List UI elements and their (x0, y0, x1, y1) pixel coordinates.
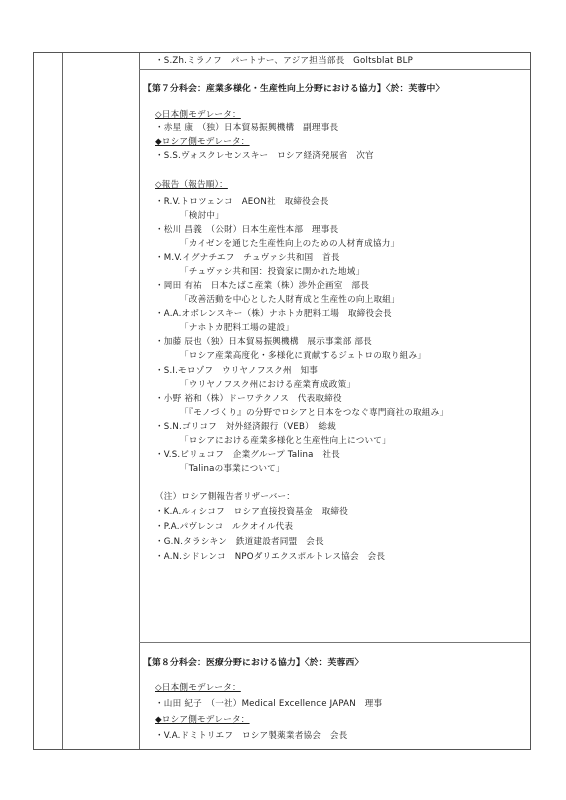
row-divider-prev (139, 69, 530, 70)
report-title: 「検討中」 (180, 211, 224, 222)
report-speaker: ・岡田 有祐 日本たばこ産業（株）渉外企画室 部長 (155, 281, 369, 292)
report-title: 「チュヴァシ共和国：投資家に開かれた地域」 (180, 267, 364, 278)
column-divider-2 (139, 53, 140, 749)
session7-heading: 【第７分科会：産業多様化・生産性向上分野における協力】〈於：芙蓉中〉 (143, 84, 445, 95)
row-divider-session8 (139, 642, 530, 643)
report-speaker: ・松川 昌義 （公財）日本生産性本部 理事長 (155, 225, 338, 236)
report-title: 「ウリヤノフスク州における産業育成政策」 (180, 380, 355, 391)
report-title: 「ロシアにおける産業多様化と生産性向上について」 (180, 436, 391, 447)
column-divider-1 (62, 53, 63, 749)
report-title: 「ロシア産業高度化・多様化に貢献するジェトロの取り組み」 (180, 351, 426, 362)
schedule-table: ・S.Zh.ミラノフ パートナー、アジア担当部長 Goltsblat BLP 【… (33, 52, 531, 750)
session8-jp-moderator: ・山田 紀子 （一社）Medical Excellence JAPAN 理事 (155, 699, 382, 710)
session7-jp-moderator-label: ◇日本側モデレータ： (155, 110, 241, 121)
session8-ru-moderator: ・V.A.ドミトリエフ ロシア製薬業者協会 会長 (155, 731, 347, 742)
report-speaker: ・加藤 辰也（独）日本貿易振興機構 展示事業部 部長 (155, 337, 372, 348)
report-speaker: ・A.A.オボレンスキー（株）ナホトカ肥料工場 取締役会長 (155, 309, 392, 320)
reserve-item: ・P.A.パヴレンコ ルクオイル代表 (155, 522, 293, 533)
session7-ru-moderator: ・S.S.ヴォスクレセンスキー ロシア経済発展省 次官 (155, 151, 374, 162)
reserve-label: （注）ロシア側報告者リザーバー： (155, 492, 295, 503)
session8-ru-moderator-label: ◆ロシア側モデレータ： (155, 715, 250, 726)
reserve-item: ・K.A.ルィシコフ ロシア直接投資基金 取締役 (155, 507, 348, 518)
report-speaker: ・V.S.ビリュコフ 企業グループ Talina 社長 (155, 450, 340, 461)
session8-heading: 【第８分科会：医療分野における協力】〈於：芙蓉西〉 (143, 658, 364, 669)
report-title: 「改善活動を中心とした人財育成と生産性の向上取組」 (180, 295, 400, 306)
session8-jp-moderator-label: ◇日本側モデレータ： (155, 683, 241, 694)
report-speaker: ・S.I.モロゾフ ウリヤノフスク州 知事 (155, 366, 318, 377)
report-title: 「カイゼンを通じた生産性向上のための人材育成協力」 (180, 239, 399, 250)
reserve-item: ・A.N.シドレンコ NPOダリエクスポルトレス協会 会長 (155, 552, 385, 563)
session7-jp-moderator: ・赤星 康 （独）日本貿易振興機構 副理事長 (155, 123, 338, 134)
session7-ru-moderator-label: ◆ロシア側モデレータ： (155, 137, 250, 148)
report-speaker: ・小野 裕和（株）ドーワテクノス 代表取締役 (155, 394, 342, 405)
report-title: 「Talinaの事業について」 (180, 464, 285, 475)
report-title: 「ナホトカ肥料工場の建設」 (180, 323, 294, 334)
report-speaker: ・S.N.ゴリコフ 対外経済銀行（VEB） 総裁 (155, 422, 336, 433)
report-speaker: ・R.V.トロツェンコ AEON社 取締役会長 (155, 197, 329, 208)
report-speaker: ・M.V.イグナチエフ チュヴァシ共和国 首長 (155, 253, 340, 264)
prev-row-text: ・S.Zh.ミラノフ パートナー、アジア担当部長 Goltsblat BLP (155, 56, 413, 67)
session7-reports-label: ◇報告（報告順）： (155, 180, 228, 191)
reserve-item: ・G.N.タラシキン 鉄道建設者同盟 会長 (155, 537, 324, 548)
report-title: 「『モノづくり』の分野でロシアと日本をつなぐ専門商社の取組み」 (180, 408, 448, 419)
